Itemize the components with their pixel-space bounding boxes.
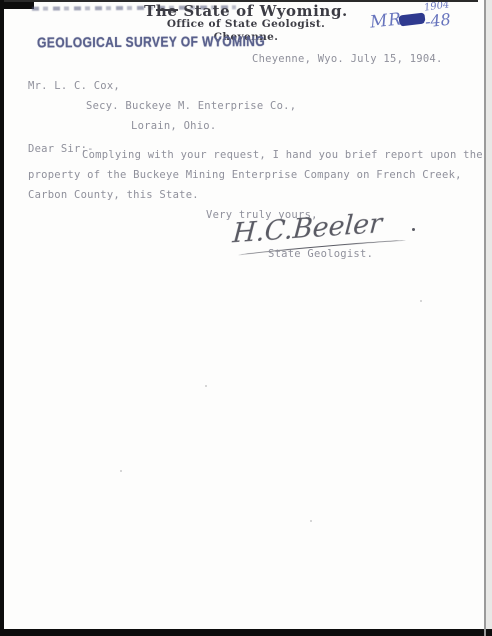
body-line-1: Complying with your request, I hand you … — [82, 149, 483, 161]
recipient-city: Lorain, Ohio. — [131, 120, 216, 132]
recipient-name: Mr. L. C. Cox, — [28, 80, 120, 92]
scan-edge-bottom — [0, 629, 492, 636]
signature-period — [412, 228, 415, 231]
recipient-title: Secy. Buckeye M. Enterprise Co., — [86, 100, 296, 112]
paper-speck — [205, 385, 207, 387]
scan-edge-right — [484, 0, 486, 636]
geological-survey-stamp: GEOLOGICAL SURVEY OF WYOMING — [37, 33, 232, 51]
scan-edge-left — [0, 0, 4, 636]
paper-speck — [420, 300, 422, 302]
handwritten-file-number: -48 — [424, 10, 452, 32]
paper-speck — [310, 520, 312, 522]
scanned-letter-page: The State of Wyoming. Office of State Ge… — [0, 0, 492, 636]
dateline: Cheyenne, Wyo. July 15, 1904. — [252, 53, 443, 65]
scan-edge-top — [0, 0, 478, 2]
body-line-2: property of the Buckeye Mining Enterpris… — [28, 169, 462, 181]
scan-right-margin — [486, 0, 492, 636]
signer-title: State Geologist. — [268, 248, 373, 260]
body-line-3: Carbon County, this State. — [28, 189, 199, 201]
handwritten-file-prefix: MR — [369, 9, 403, 32]
paper-speck — [120, 470, 122, 472]
